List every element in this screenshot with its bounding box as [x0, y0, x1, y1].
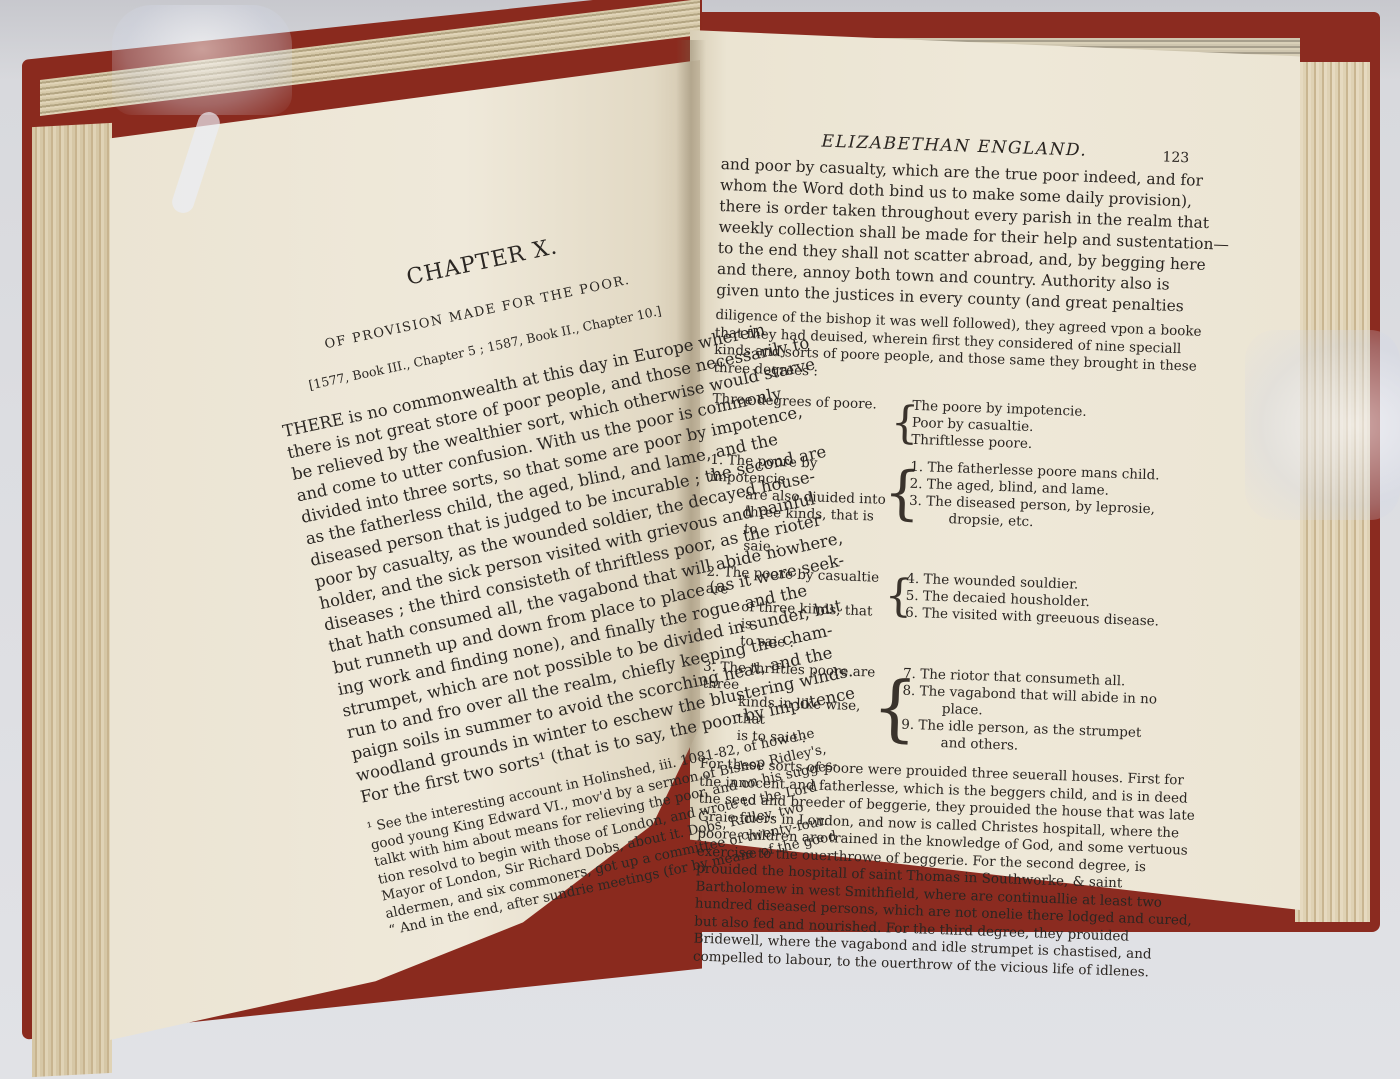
quoted-passage: diligence of the bishop it was well foll… — [713, 307, 1183, 393]
degree-label: 1. The poore by impotencie — [710, 452, 893, 492]
page-number: 123 — [1162, 149, 1189, 166]
degree-row: 3. The thriftles poore are three kinds i… — [701, 659, 1172, 760]
degree-items: The poore by impotencie. Poor by casualt… — [911, 398, 1181, 458]
right-page-text: ELIZABETHAN ENGLAND. 123 and poor by cas… — [693, 128, 1190, 982]
closing-passage: For these sorts of poore were prouided t… — [693, 756, 1168, 982]
degree-row: 2. The poore by casualtie are of three k… — [704, 564, 1175, 665]
page-clip-left — [112, 5, 292, 115]
degree-items: 4. The wounded souldier. 5. The decaied … — [905, 571, 1175, 631]
right-body-paragraph: and poor by casualty, which are the true… — [716, 154, 1189, 317]
page-stack-left-edge — [32, 123, 112, 1077]
degree-label: Three degrees of poore. — [712, 391, 894, 414]
degree-items: 1. The fatherlesse poore mans child. 2. … — [908, 459, 1178, 536]
degree-items: 7. The riotor that consumeth all. 8. The… — [900, 666, 1171, 760]
degree-label: 3. The thriftles poore are three — [702, 659, 885, 699]
degree-heading: 3. The thriftles poore are three kinds i… — [701, 659, 890, 750]
degree-heading: 2. The poore by casualtie are of three k… — [704, 564, 893, 655]
degrees-of-poor-table: Three degrees of poore. { The poore by i… — [701, 391, 1181, 760]
page-clip-right — [1245, 330, 1400, 520]
degree-heading: Three degrees of poore. — [712, 391, 898, 414]
degree-heading: 1. The poore by impotencie are also diui… — [707, 452, 896, 560]
degree-row: Three degrees of poore. { The poore by i… — [711, 391, 1180, 458]
degree-row: 1. The poore by impotencie are also diui… — [707, 452, 1178, 570]
